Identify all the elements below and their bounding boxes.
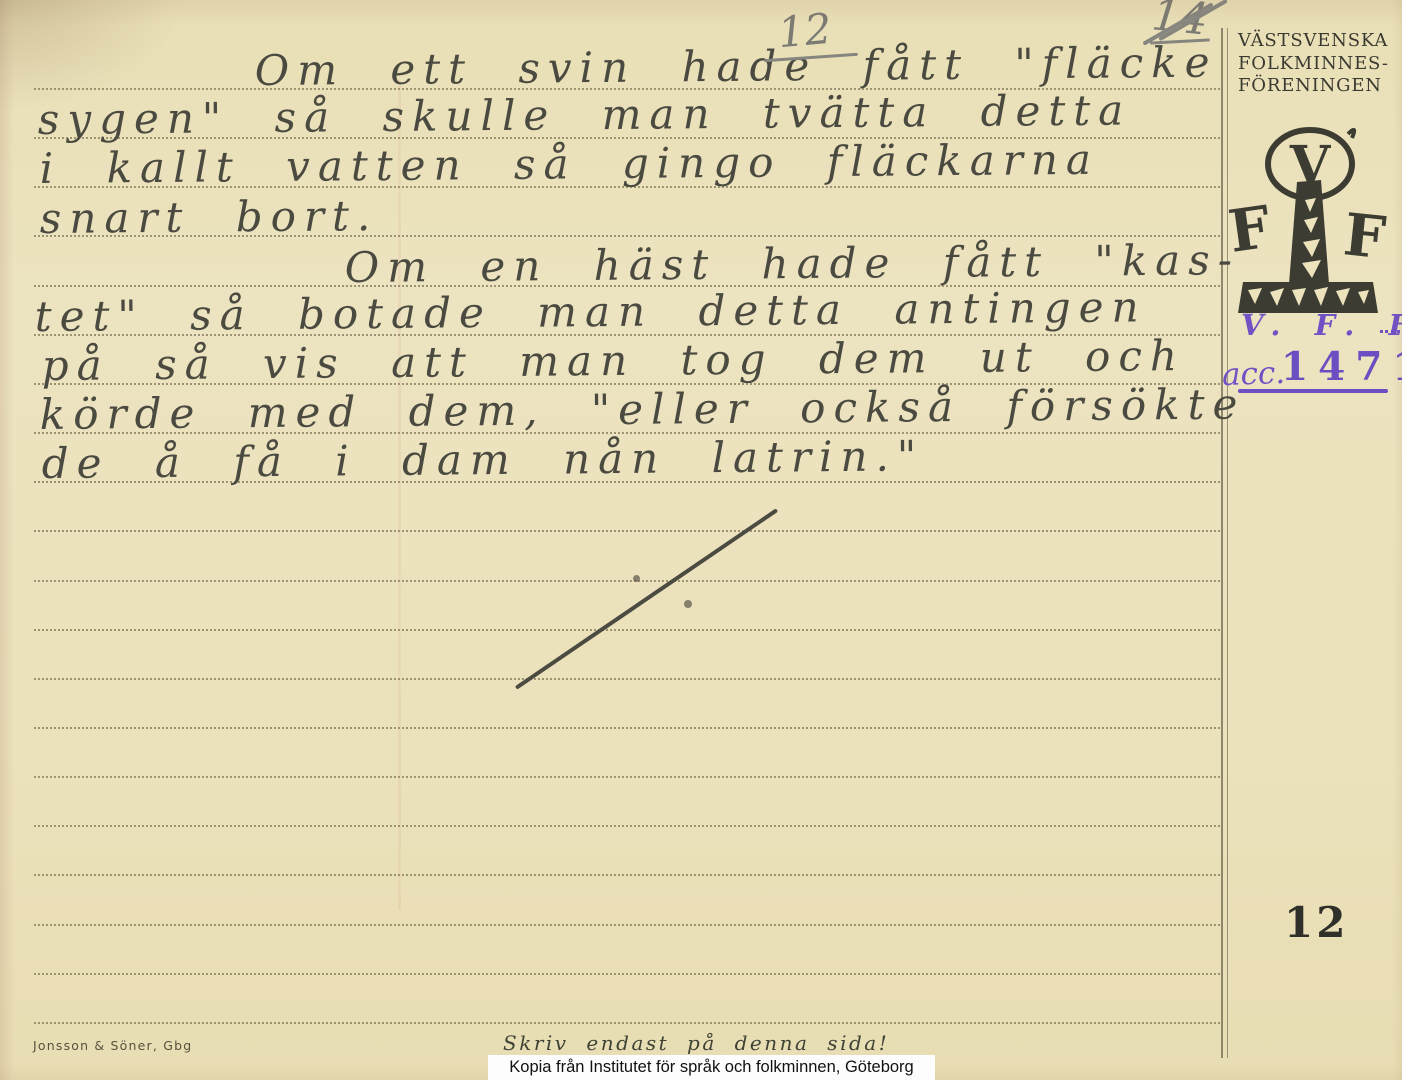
ink-dot — [684, 600, 692, 608]
ruled-line — [34, 924, 1220, 926]
stamp-underline — [1238, 389, 1388, 393]
handwriting-line-9: de å få i dam nån latrin." — [42, 433, 925, 487]
thors-hammer-logo-icon: V F F — [1220, 120, 1402, 325]
stamp-initials: V. F. F. — [1241, 308, 1402, 342]
scanned-manuscript-page: Om ett svin hade fått "fläcke sygen" så … — [0, 0, 1402, 1080]
stamp-acc-label: acc. — [1221, 355, 1285, 393]
letterhead-line-2: FOLKMINNES- — [1238, 53, 1402, 76]
stamp-acc-number: 1471 — [1281, 344, 1402, 390]
handwriting-line-4: snart bort. — [40, 193, 379, 242]
stamped-page-number: 12 — [1284, 898, 1348, 947]
ink-dot — [633, 575, 640, 582]
ruled-line — [34, 580, 1220, 582]
handwriting-line-2: sygen" så skulle man tvätta detta — [38, 87, 1132, 143]
ruled-line — [34, 825, 1220, 827]
letterhead-line-1: VÄSTSVENSKA — [1238, 30, 1402, 53]
handwriting-line-8: körde med dem, "eller också försökte — [40, 381, 1246, 438]
logo-letter-f-right: F — [1341, 200, 1389, 272]
printer-mark: Jonsson & Söner, Gbg — [33, 1038, 192, 1053]
letterhead-line-3: FÖRENINGEN — [1238, 75, 1402, 98]
ruled-line — [34, 874, 1220, 876]
ruled-line — [34, 776, 1220, 778]
handwriting-line-6: tet" så botade man detta antingen — [35, 284, 1147, 340]
ruled-line — [34, 973, 1220, 975]
paper-crease — [398, 80, 401, 910]
ruled-line — [34, 678, 1220, 680]
letterhead: VÄSTSVENSKA FOLKMINNES- FÖRENINGEN — [1238, 30, 1402, 98]
pencil-page-number: 12 — [776, 4, 834, 57]
ruled-line — [34, 629, 1220, 631]
archive-caption-bar: Kopia från Institutet för språk och folk… — [488, 1055, 935, 1080]
stamp-dotted-line — [1380, 330, 1400, 333]
print-instruction: Skriv endast på denna sida! — [503, 1031, 889, 1055]
ruled-line — [34, 1022, 1220, 1024]
archive-caption: Kopia från Institutet för språk och folk… — [509, 1058, 913, 1077]
handwriting-line-3: i kallt vatten så gingo fläckarna — [40, 137, 1100, 192]
ruled-line — [34, 727, 1220, 729]
stray-pen-stroke — [515, 508, 778, 689]
logo-letter-f-left: F — [1224, 193, 1274, 266]
ruled-line — [34, 530, 1220, 532]
